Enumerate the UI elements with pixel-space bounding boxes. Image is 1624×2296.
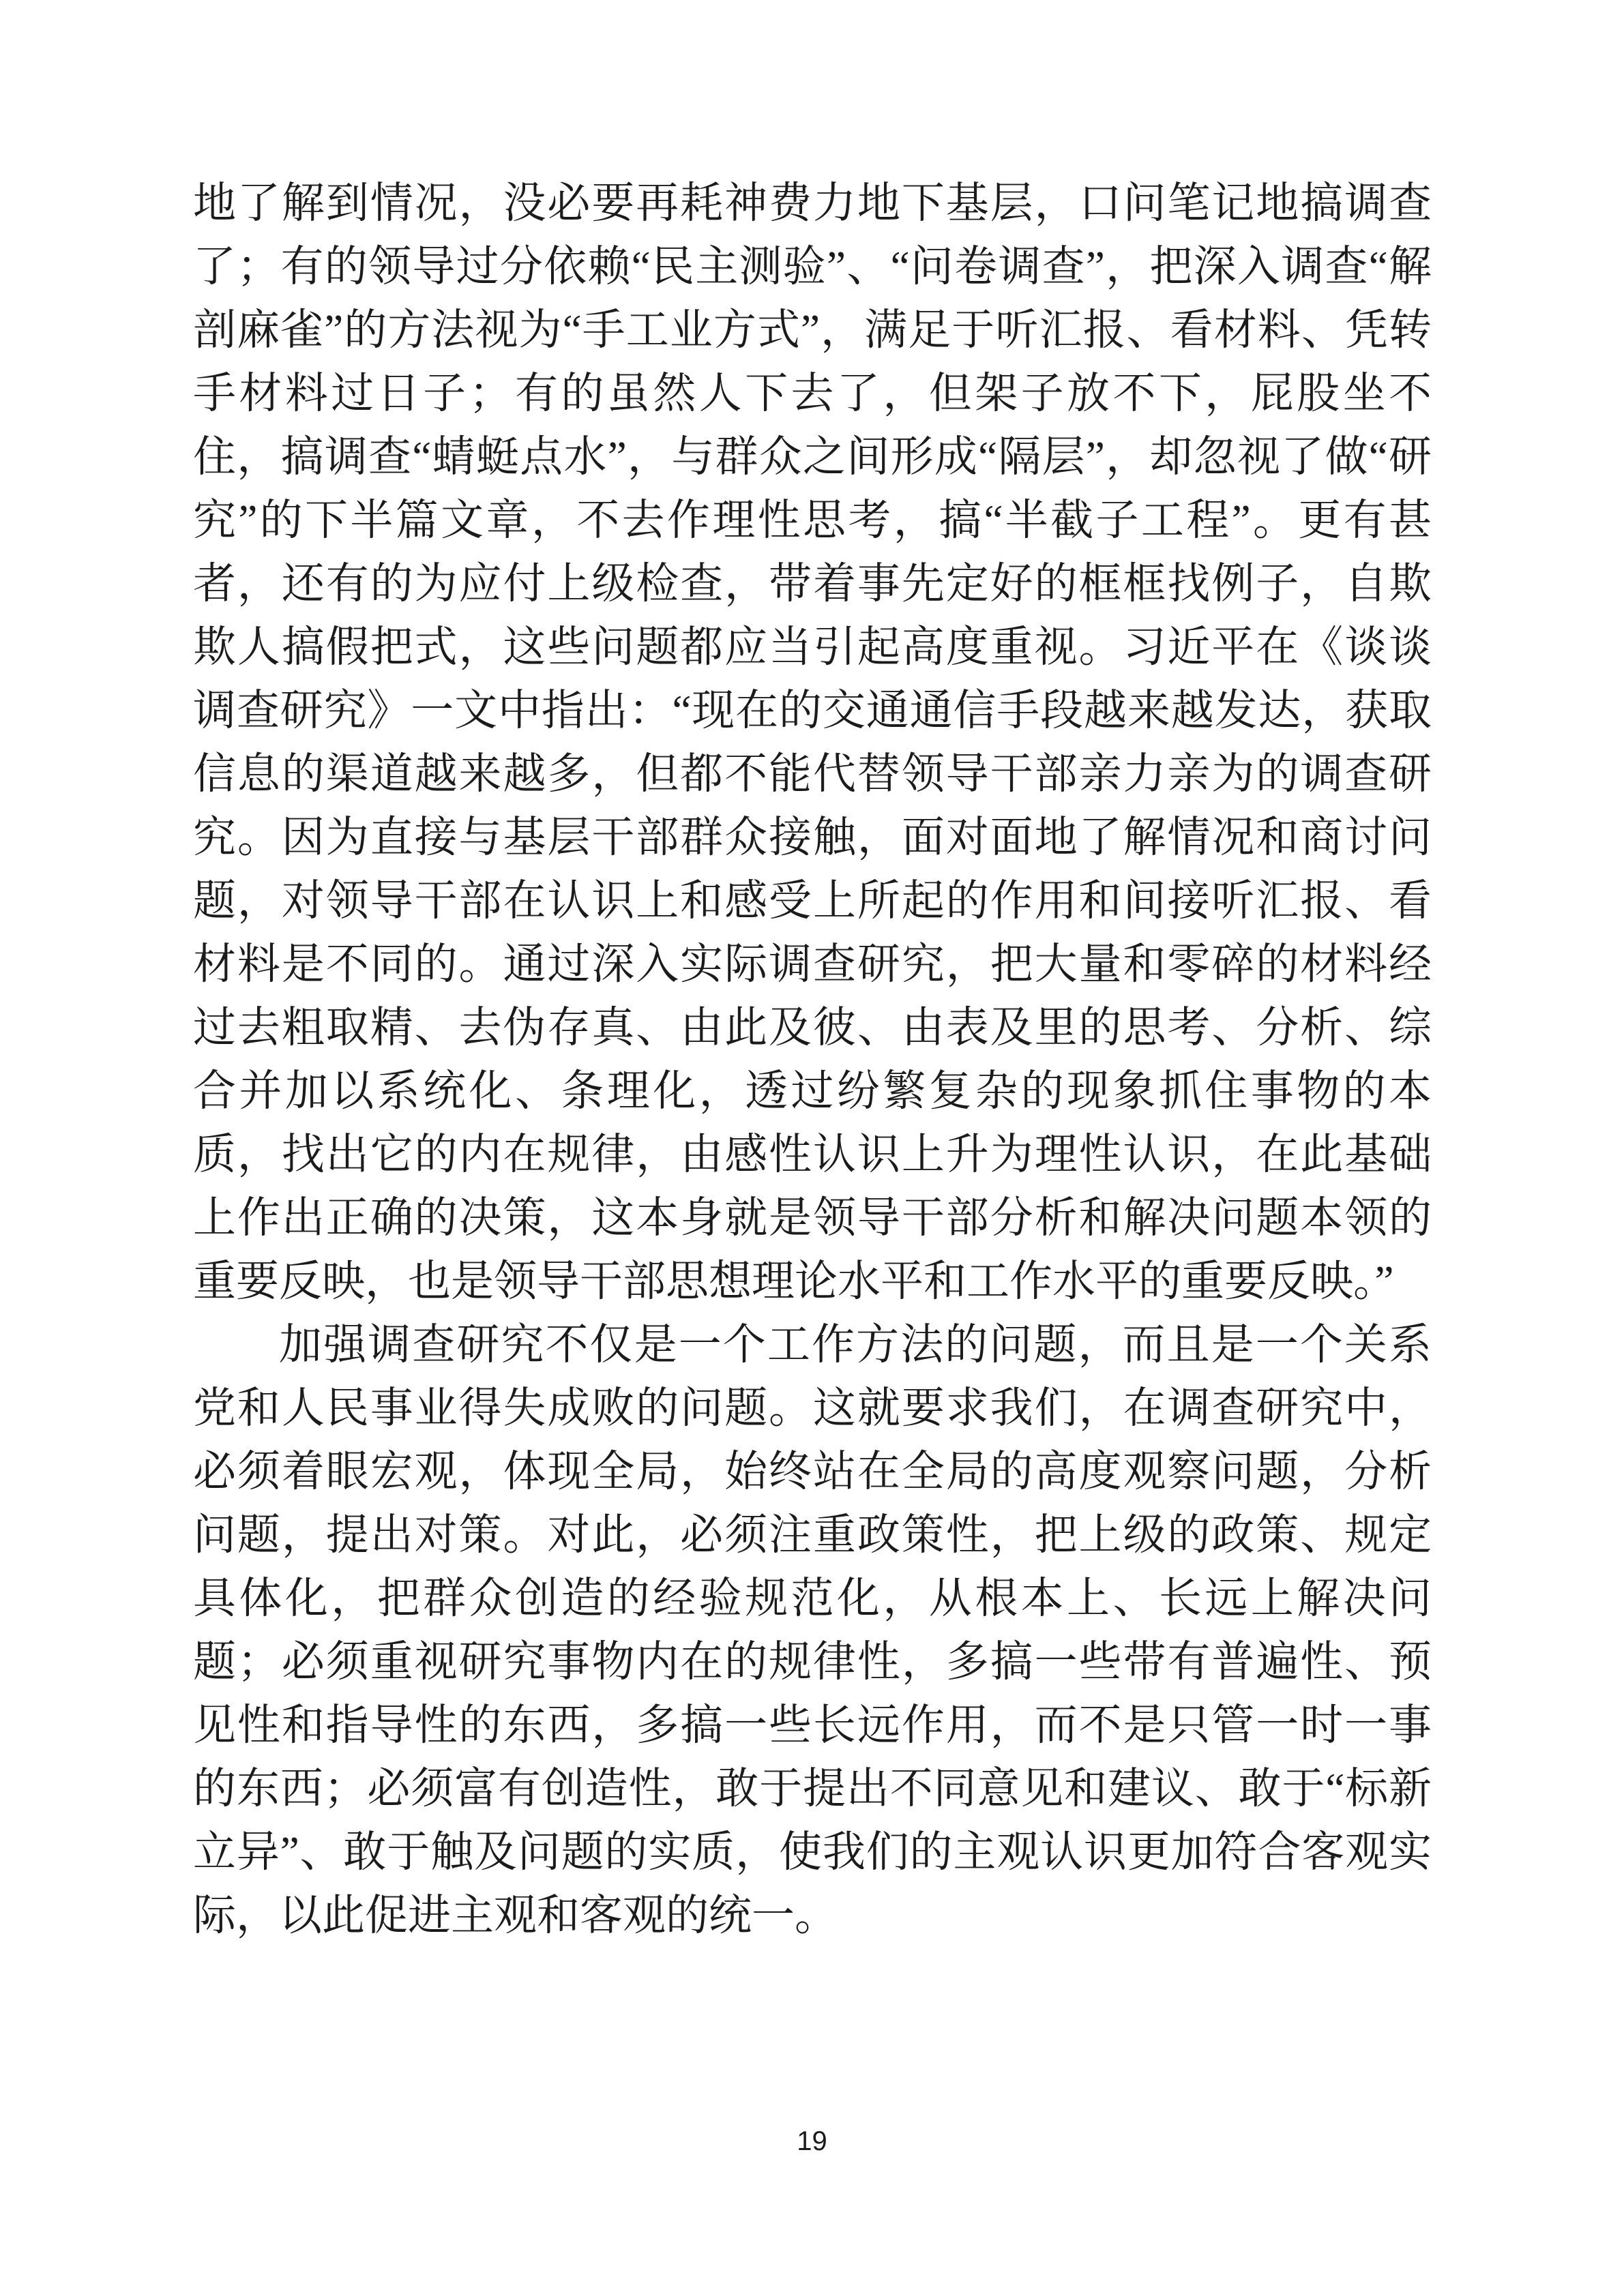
- page-footer: 19: [0, 2126, 1624, 2157]
- paragraph: 加强调查研究不仅是一个工作方法的问题，而且是一个关系党和人民事业得失成败的问题。…: [193, 1313, 1432, 1948]
- page-number: 19: [797, 2126, 827, 2156]
- document-page: 地了解到情况，没必要再耗神费力地下基层，口问笔记地搞调查了；有的领导过分依赖“民…: [0, 0, 1624, 2296]
- body-text: 地了解到情况，没必要再耗神费力地下基层，口问笔记地搞调查了；有的领导过分依赖“民…: [193, 172, 1432, 1948]
- paragraph: 地了解到情况，没必要再耗神费力地下基层，口问笔记地搞调查了；有的领导过分依赖“民…: [193, 172, 1432, 1313]
